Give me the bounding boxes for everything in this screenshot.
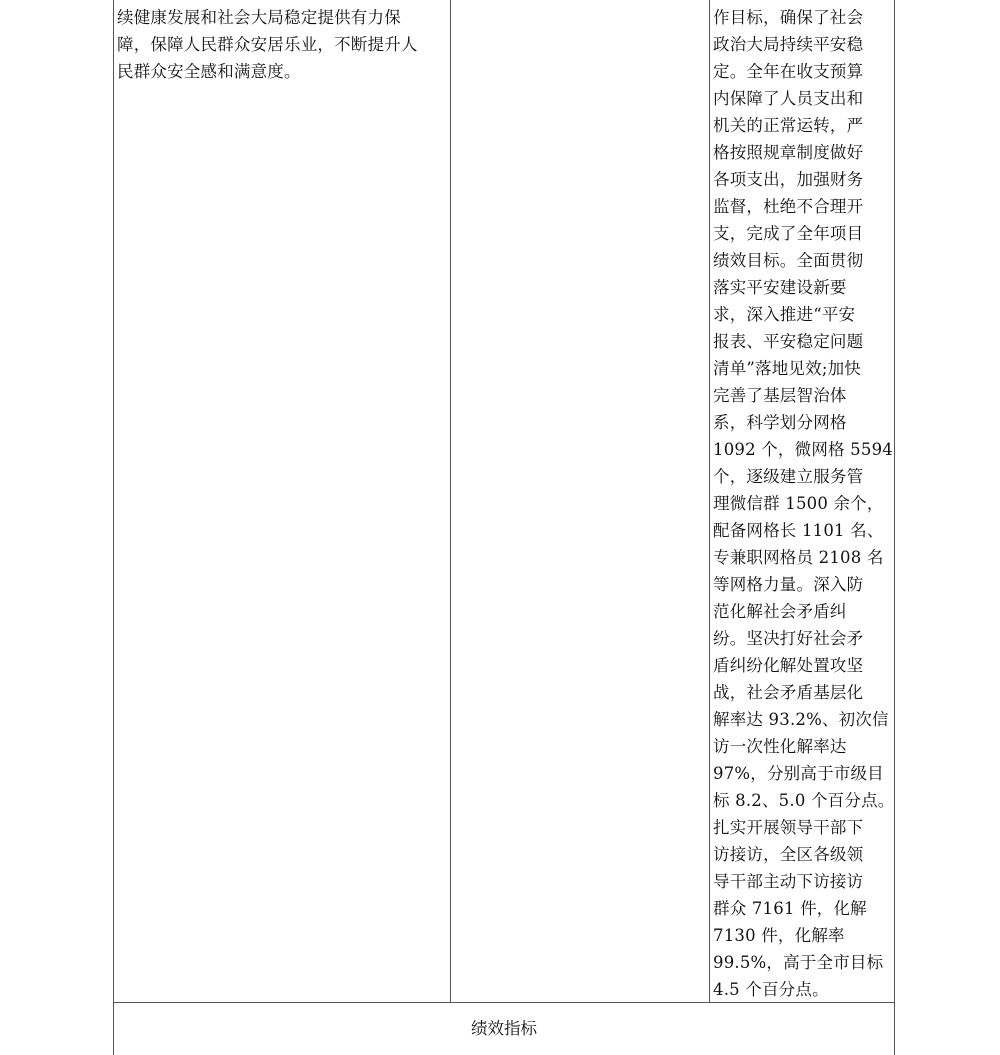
text-line: 访一次性化解率达: [713, 733, 891, 760]
text-line: 监督，杜绝不合理开: [713, 193, 891, 220]
text-line: 访接访，全区各级领: [713, 841, 891, 868]
text-line: 战，社会矛盾基层化: [713, 679, 891, 706]
table-border-right: [894, 0, 895, 1055]
table-cell-completion-text: 作目标，确保了社会 政治大局持续平安稳 定。全年在收支预算 内保障了人员支出和 …: [713, 4, 891, 1003]
text-line: 各项支出，加强财务: [713, 166, 891, 193]
document-page: 续健康发展和社会大局稳定提供有力保 障，保障人民群众安居乐业，不断提升人 民群众…: [0, 0, 1000, 1055]
text-line: 理微信群 1500 余个，: [713, 490, 891, 517]
text-line: 97%，分别高于市级目: [713, 760, 891, 787]
table-cell-goal-text: 续健康发展和社会大局稳定提供有力保 障，保障人民群众安居乐业，不断提升人 民群众…: [117, 4, 447, 85]
table-border-col3: [709, 0, 710, 1002]
text-line: 专兼职网格员 2108 名: [713, 544, 891, 571]
text-line: 标 8.2、5.0 个百分点。: [713, 787, 891, 814]
text-line: 解率达 93.2%、初次信: [713, 706, 891, 733]
text-line: 系，科学划分网格: [713, 409, 891, 436]
table-border-col2: [450, 0, 451, 1002]
text-line: 绩效目标。全面贯彻: [713, 247, 891, 274]
text-line: 99.5%，高于全市目标: [713, 949, 891, 976]
text-line: 范化解社会矛盾纠: [713, 598, 891, 625]
text-line: 个，逐级建立服务管: [713, 463, 891, 490]
text-line: 格按照规章制度做好: [713, 139, 891, 166]
text-line: 完善了基层智治体: [713, 382, 891, 409]
text-line: 纷。坚决打好社会矛: [713, 625, 891, 652]
text-line: 7130 件，化解率: [713, 922, 891, 949]
text-line: 机关的正常运转，严: [713, 112, 891, 139]
section-header-performance-indicators: 绩效指标: [114, 1015, 894, 1039]
text-line: 定。全年在收支预算: [713, 58, 891, 85]
text-line: 扎实开展领导干部下: [713, 814, 891, 841]
text-line: 落实平安建设新要: [713, 274, 891, 301]
text-line: 导干部主动下访接访: [713, 868, 891, 895]
text-line: 群众 7161 件，化解: [713, 895, 891, 922]
text-line: 支，完成了全年项目: [713, 220, 891, 247]
text-line: 配备网格长 1101 名、: [713, 517, 891, 544]
text-line: 4.5 个百分点。: [713, 976, 891, 1003]
text-line: 盾纠纷化解处置攻坚: [713, 652, 891, 679]
text-line: 政治大局持续平安稳: [713, 31, 891, 58]
table-border-left: [113, 0, 114, 1055]
text-line: 报表、平安稳定问题: [713, 328, 891, 355]
text-line: 障，保障人民群众安居乐业，不断提升人: [117, 31, 447, 58]
text-line: 清单”落地见效;加快: [713, 355, 891, 382]
text-line: 作目标，确保了社会: [713, 4, 891, 31]
text-line: 续健康发展和社会大局稳定提供有力保: [117, 4, 447, 31]
text-line: 民群众安全感和满意度。: [117, 58, 447, 85]
text-line: 1092 个，微网格 5594: [713, 436, 891, 463]
text-line: 求，深入推进“平安: [713, 301, 891, 328]
text-line: 内保障了人员支出和: [713, 85, 891, 112]
text-line: 等网格力量。深入防: [713, 571, 891, 598]
